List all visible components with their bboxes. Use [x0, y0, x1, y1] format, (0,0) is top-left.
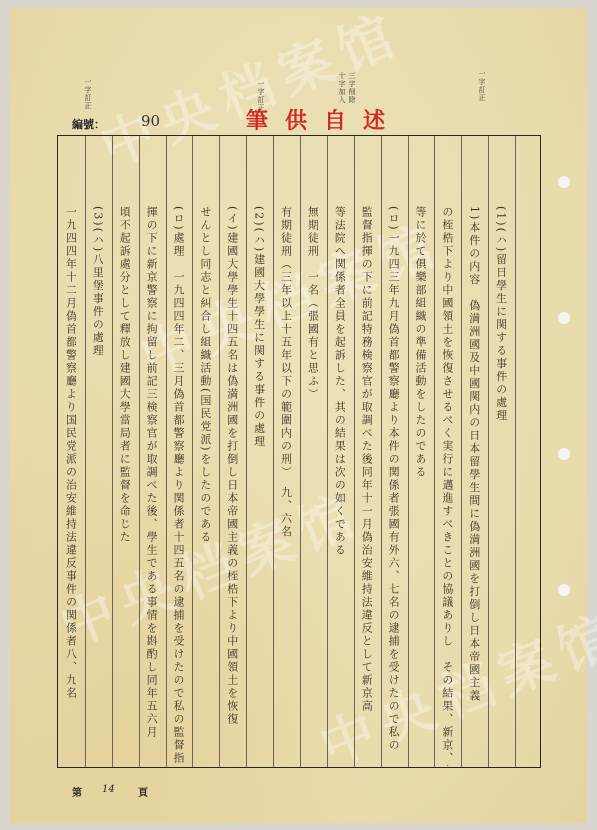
number-value: 90 — [141, 112, 160, 130]
text-column: 1)本件の内容 偽満洲國及中國関内の日本留學生間に偽満洲國を打倒し日本帝國主義 — [469, 206, 480, 702]
column-divider — [246, 136, 247, 767]
page-suffix: 頁 — [138, 784, 148, 799]
column-divider — [273, 136, 274, 767]
text-column: 一九四四年十二月偽首都警察廳より国民党派の治安維持法違反事件の関係者八、九名 — [65, 206, 76, 700]
text-column: 等法院へ関係者全員を起訴した、其の結果は次の如くである — [334, 206, 345, 557]
text-column: (3)(ハ)八里堡事件の處理 — [92, 206, 103, 357]
margin-note-stamp-2: 十字加入 — [337, 72, 347, 104]
text-column: 頃不起訴處分として釋放し建國大學當局者に監督を命じた — [119, 206, 130, 544]
ruled-grid: (1)(ハ)留日學生に関する事件の處理1)本件の内容 偽満洲國及中國関内の日本留… — [57, 135, 541, 768]
text-column: (ロ)一九四三年九月偽首都警察廳より本件の関係者張國有外六、七名の逮捕を受けたの… — [388, 206, 399, 752]
page-number: 14 — [102, 784, 115, 795]
text-column: の桎梏下より中國領土を恢復させるべく実行に邁進すべきことの協議ありし その結果、… — [442, 206, 453, 766]
column-divider — [327, 136, 328, 767]
text-column: せんとし同志と糾合し組織活動(国民党派)をしたのである — [200, 206, 211, 544]
text-column: 監督指揮の下に前記特務検察官が取調べた後同年十一月偽治安維持法違反として新京高 — [361, 206, 372, 713]
margin-note-right: 一字訂正 — [477, 70, 487, 102]
column-divider — [354, 136, 355, 767]
number-label: 編號： — [72, 116, 105, 132]
text-column: 無期徒刑 一名（張國有と思ふ） — [307, 206, 318, 401]
punch-hole — [558, 312, 570, 324]
column-divider — [192, 136, 193, 767]
column-divider — [139, 136, 140, 767]
text-column: 等に於て俱樂部組織の準備活動をしたのである — [415, 206, 426, 479]
margin-note-left: 一字訂正 — [83, 78, 93, 110]
text-column: (1)(ハ)留日學生に関する事件の處理 — [496, 206, 507, 422]
column-divider — [112, 136, 113, 767]
document-page: 中央档案馆 中央档案馆 中央档案馆 中央档案馆 一字訂正 一字訂正 三字削除 十… — [10, 8, 587, 823]
text-column: (イ)建國大學學生十四五名は偽満洲國を打倒し日本帝國主義の桎梏下より中國領土を恢… — [227, 206, 238, 726]
red-stamp-title: 筆供自述 — [246, 104, 402, 135]
column-divider — [381, 136, 382, 767]
text-column: (ロ)處理 一九四四年二、三月偽首都警察廳より関係者十四五名の逮捕を受けたので私… — [173, 206, 184, 765]
punch-hole — [558, 584, 570, 596]
column-divider — [488, 136, 489, 767]
text-column: 揮の下に新京警察に拘留し前記三検察官が取調べた後、學生である事情を斟酌し同年五六… — [146, 206, 157, 739]
column-divider — [515, 136, 516, 767]
column-divider — [85, 136, 86, 767]
column-divider — [219, 136, 220, 767]
column-divider — [461, 136, 462, 767]
column-divider — [300, 136, 301, 767]
column-divider — [408, 136, 409, 767]
punch-hole — [558, 448, 570, 460]
margin-note-stamp-1: 三字削除 — [347, 72, 357, 104]
text-column: (2)(ハ)建國大學學生に関する事件の處理 — [254, 206, 265, 448]
column-divider — [434, 136, 435, 767]
text-column: 有期徒刑（三年以上十五年以下の範圍内の刑） 九、六名 — [281, 206, 292, 539]
column-divider — [166, 136, 167, 767]
page-prefix: 第 — [72, 784, 82, 799]
punch-hole — [558, 176, 570, 188]
